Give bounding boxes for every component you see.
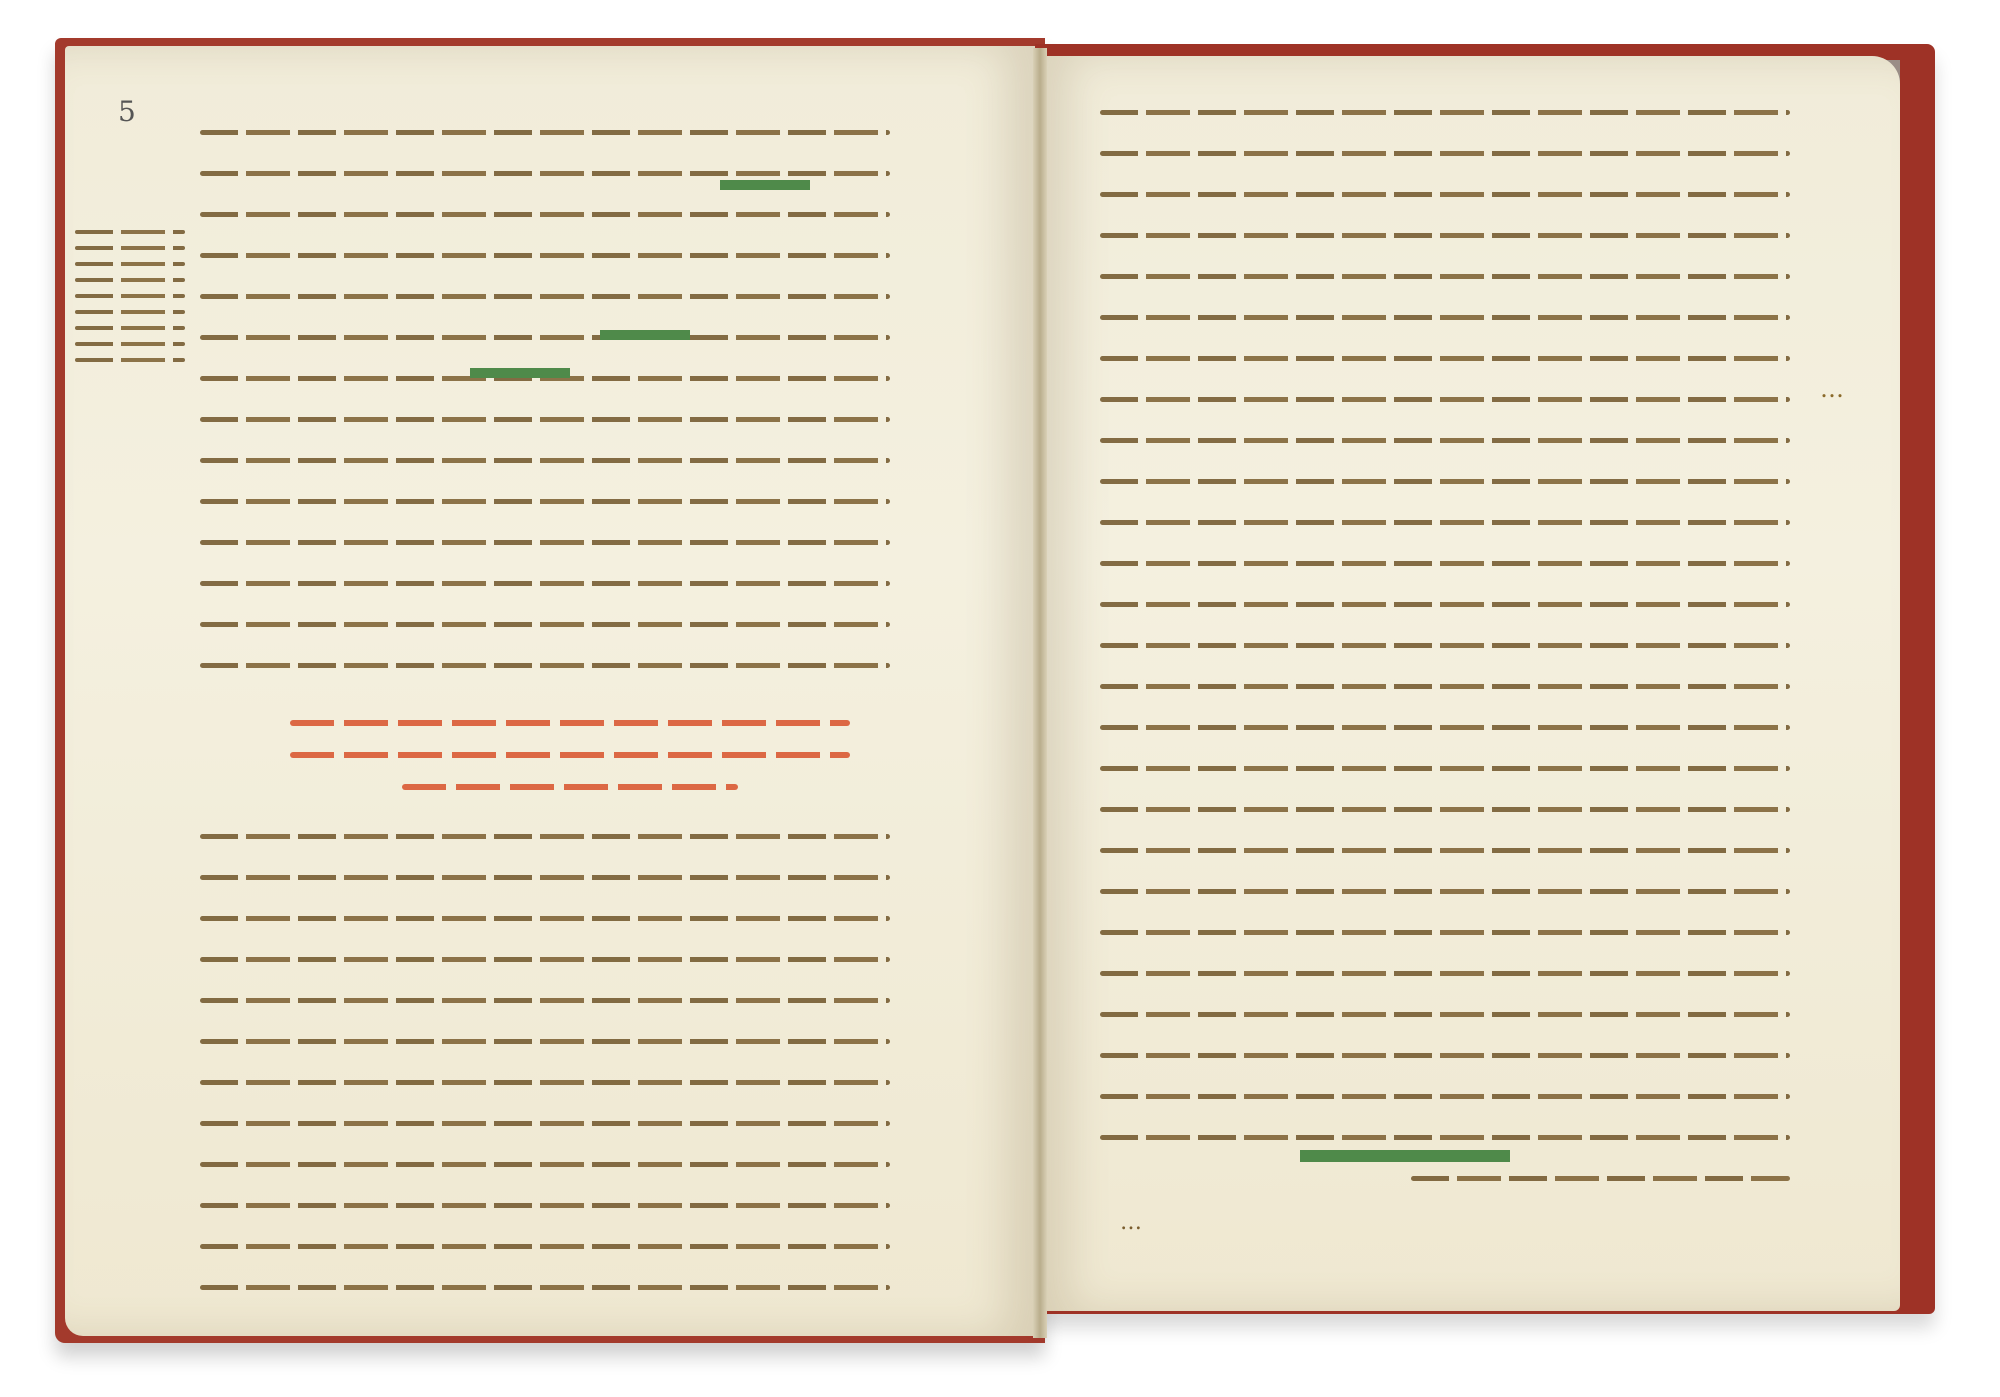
right-page-text [1100, 110, 1790, 1217]
red-rubric-heading [290, 720, 850, 816]
green-heading-word [1300, 1150, 1510, 1162]
book-gutter [1033, 48, 1047, 1338]
catchword: … [1120, 1210, 1142, 1235]
folio-mark: 5 [118, 95, 136, 128]
green-heading-word [720, 180, 810, 190]
left-margin-note [75, 230, 185, 374]
green-heading-word [600, 330, 690, 340]
right-margin-note: … [1820, 375, 1844, 403]
green-heading-word [470, 368, 570, 378]
